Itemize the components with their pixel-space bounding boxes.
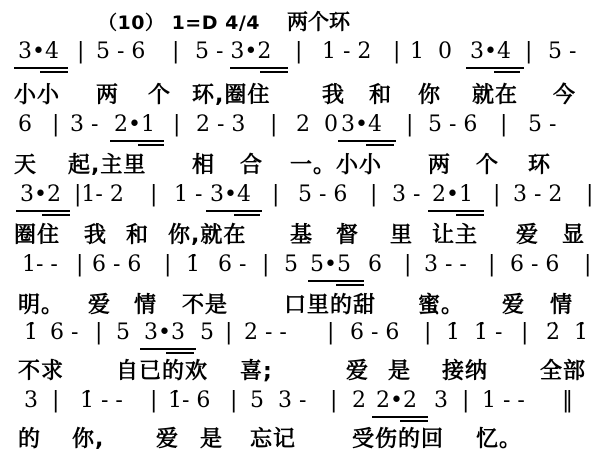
note-group: 5 3 - (250, 388, 306, 413)
note-high-1: 1̇- 6 (168, 388, 210, 413)
lyric: 显 (562, 218, 585, 249)
lyric: 个 (476, 148, 499, 179)
note-group: 6 (18, 112, 32, 137)
barline: | (327, 320, 334, 345)
lyric: 口里的甜 (284, 288, 376, 319)
note-group: 5 (116, 320, 130, 345)
lyric: 全部 (540, 354, 586, 385)
barline: | (500, 112, 507, 137)
note-group: 3•4 (341, 112, 382, 137)
barline: | (225, 320, 232, 345)
note-group: 6 - (218, 252, 246, 277)
lyric: 喜; (240, 354, 273, 385)
eighth-beam (372, 416, 428, 418)
lyric: 你, (72, 422, 104, 453)
sixteenth-beam (494, 71, 520, 73)
lyric: 相 (192, 148, 215, 179)
barline: | (230, 388, 237, 413)
note-group: 1 - 2 (322, 39, 371, 64)
note-group: 3 - 2 (513, 182, 562, 207)
note-group: 3•2 (20, 182, 61, 207)
lyric: 圈住 (14, 218, 60, 249)
note-group: 1- - (22, 252, 58, 277)
lyric: 情 (550, 288, 573, 319)
notation-line-3: 3•2 |1- 2 | 1 - 3•4 | 5 - 6 | 3 - 2•1 | … (0, 182, 600, 216)
lyric: 自已的欢 (116, 354, 208, 385)
note-group: 6 - 6 (92, 252, 141, 277)
note-group: |1- 2 (74, 182, 124, 207)
eighth-beam (230, 67, 288, 69)
lyric: 是 (200, 422, 223, 453)
lyric: 环 (528, 148, 551, 179)
time-signature: 4/4 (225, 12, 260, 34)
barline: | (172, 39, 179, 64)
lyric: 接纳 (442, 354, 488, 385)
note-group: 5 (284, 252, 298, 277)
note-group: 5 - (548, 39, 576, 64)
sixteenth-beam (336, 284, 364, 286)
lyric: 天 (14, 148, 37, 179)
lyric: 督 (336, 218, 359, 249)
lyric: 忘记 (250, 422, 296, 453)
sixteenth-beam (42, 214, 70, 216)
notation-line-5: 1̇ 6 - | 5 3•3 5 | 2 - - | 6 - 6 | 1̇ 1̇… (0, 320, 600, 354)
note-high-1: 1̇ (446, 320, 460, 345)
eighth-beam (110, 140, 164, 142)
lyric: 的 (18, 422, 41, 453)
song-meta: （10） 1=D 4/4 (98, 8, 260, 35)
note-group: 5 - 6 (298, 182, 347, 207)
lyric: 今 (553, 78, 576, 109)
barline: | (584, 252, 591, 277)
lyric-line-4: 明。 爱 情 不是 口里的甜 蜜。 爱 情 (0, 288, 600, 322)
note-group: 5•5 (310, 252, 351, 277)
note-high-2: 2̇ (546, 320, 560, 345)
note-high-1: 1̇ (186, 252, 200, 277)
lyric: 忆。 (476, 422, 522, 453)
lyric: 两 (96, 78, 119, 109)
lyric: 你 (418, 78, 441, 109)
barline: | (173, 112, 180, 137)
lyric: 你,就在 (168, 218, 246, 249)
barline: | (95, 320, 102, 345)
lyric: 基 (290, 218, 313, 249)
final-barline: ‖ (562, 388, 573, 413)
barline: | (404, 252, 411, 277)
lyric: 情 (134, 288, 157, 319)
note-group: 2•1 (114, 112, 155, 137)
key-signature: 1=D (172, 12, 218, 34)
lyric: 小小 (14, 78, 60, 109)
note-group: 3 (24, 388, 38, 413)
barline: | (370, 182, 377, 207)
sixteenth-beam (138, 144, 164, 146)
eighth-beam (206, 210, 262, 212)
lyric: 是 (388, 354, 411, 385)
song-number: （10） (98, 12, 164, 34)
lyric: 和 (126, 218, 149, 249)
barline: | (393, 39, 400, 64)
lyric-line-6: 的 你, 爱 是 忘记 受伤的回 忆。 (0, 422, 600, 455)
note-group: 5 - 3•2 (195, 39, 271, 64)
sixteenth-beam (40, 71, 68, 73)
lyric: 爱 (88, 288, 111, 319)
note-group: 5 - 6 (428, 112, 477, 137)
note-group: 2 - - (244, 320, 287, 345)
barline: | (521, 320, 528, 345)
note-group: 6 - 6 (510, 252, 559, 277)
lyric: 我 (84, 218, 107, 249)
lyric: 不求 (18, 354, 64, 385)
barline: | (586, 182, 593, 207)
lyric: 就在 (472, 78, 518, 109)
lyric: 和 (369, 78, 392, 109)
note-group: 1 - - (482, 388, 525, 413)
notation-line-6: 3 | 1̇ - - | 1̇- 6 | 5 3 - | 2 2•2 3 | 1… (0, 388, 600, 422)
barline: | (150, 388, 157, 413)
sixteenth-beam (456, 214, 484, 216)
barline: | (76, 252, 83, 277)
note-group: 3 - (70, 112, 98, 137)
note-group: 1 - (174, 182, 202, 207)
song-header: （10） 1=D 4/4 两个环 (0, 6, 600, 32)
notation-line-2: 6 | 3 - 2•1 | 2 - 3 | 2 0 3•4 | 5 - 6 | … (0, 112, 600, 146)
barline: | (150, 182, 157, 207)
note-group: 5 - 6 (96, 39, 145, 64)
note-group: 1 0 (410, 39, 452, 64)
barline: | (52, 388, 59, 413)
note-group: 2•1 (432, 182, 473, 207)
lyric: 个 (148, 78, 171, 109)
eighth-beam (428, 210, 484, 212)
lyric: 环,圈住 (192, 78, 270, 109)
sixteenth-beam (234, 214, 260, 216)
barline: | (330, 388, 337, 413)
note-group: 3 (434, 388, 448, 413)
note-group: 2 (352, 388, 366, 413)
lyric: 蜜。 (418, 288, 464, 319)
eighth-beam (466, 67, 524, 69)
lyric: 明。 (18, 288, 64, 319)
note-group: 3•3 (144, 320, 185, 345)
barline: | (262, 252, 269, 277)
note-group: 3•4 (18, 39, 59, 64)
note-group: 5 - (528, 112, 556, 137)
note-group: 2•2 (376, 388, 417, 413)
barline: | (424, 320, 431, 345)
barline: | (52, 112, 59, 137)
note-group: 2 0 (296, 112, 338, 137)
barline: | (77, 39, 84, 64)
lyric: 让主 (432, 218, 478, 249)
note-high-1: 1̇ (24, 320, 38, 345)
lyric-line-5: 不求 自已的欢 喜; 爱 是 接纳 全部 (0, 354, 600, 388)
note-group: 1̇ - (474, 320, 502, 345)
lyric: 爱 (502, 288, 525, 319)
eighth-beam (308, 280, 364, 282)
sixteenth-beam (366, 144, 394, 146)
note-group: 3 - - (424, 252, 467, 277)
eighth-beam (140, 348, 196, 350)
lyric: 受伤的回 (352, 422, 444, 453)
note-group: 5 (200, 320, 214, 345)
lyric: 合 (240, 148, 263, 179)
lyric: 爱 (346, 354, 369, 385)
barline: | (406, 112, 413, 137)
lyric-line-2: 天 起,主里 相 合 一。小小 两 个 环 (0, 148, 600, 182)
eighth-beam (338, 140, 396, 142)
note-group: 6 (368, 252, 382, 277)
barline: | (525, 39, 532, 64)
lyric: 两 (428, 148, 451, 179)
notation-line-1: 3•4 | 5 - 6 | 5 - 3•2 | 1 - 2 | 1 0 3•4 … (0, 39, 600, 73)
notation-line-4: 1- - | 6 - 6 | 1̇ 6 - | 5 5•5 6 | 3 - - … (0, 252, 600, 286)
note-group: 3•4 (470, 39, 511, 64)
eighth-beam (14, 67, 68, 69)
lyric: 一。小小 (290, 148, 382, 179)
barline: | (462, 388, 469, 413)
eighth-beam (16, 210, 70, 212)
note-high-1: 1̇ (574, 320, 588, 345)
barline: | (164, 252, 171, 277)
barline: | (270, 112, 277, 137)
lyric: 爱 (516, 218, 539, 249)
lyric-line-3: 圈住 我 和 你,就在 基 督 里 让主 爱 显 (0, 218, 600, 252)
barline: | (295, 39, 302, 64)
lyric: 起,主里 (68, 148, 146, 179)
barline: | (493, 182, 500, 207)
song-title: 两个环 (287, 6, 350, 36)
note-group: 3 - (392, 182, 420, 207)
lyric: 爱 (156, 422, 179, 453)
barline: | (272, 182, 279, 207)
note-group: 3•4 (210, 182, 251, 207)
lyric: 里 (390, 218, 413, 249)
lyric: 我 (322, 78, 345, 109)
sixteenth-beam (260, 71, 288, 73)
note-group: 6 - 6 (350, 320, 399, 345)
lyric: 不是 (182, 288, 228, 319)
note-group: 6 - (50, 320, 78, 345)
lyric-line-1: 小小 两 个 环,圈住 我 和 你 就在 今 (0, 78, 600, 112)
barline: | (488, 252, 495, 277)
note-group: 2 - 3 (196, 112, 245, 137)
note-high-1: 1̇ - - (80, 388, 123, 413)
